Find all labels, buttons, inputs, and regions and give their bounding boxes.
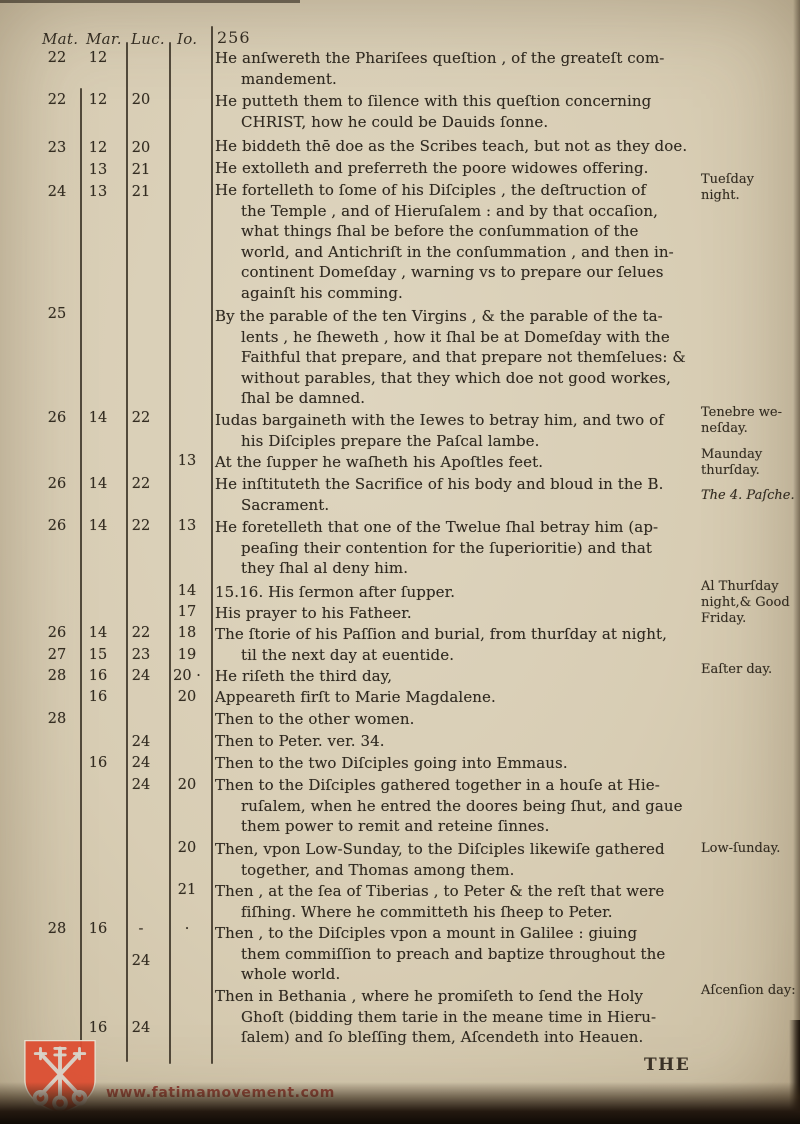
summary-line: Sacrament. [241,495,725,516]
gospel-ref-luc: 24 [132,953,150,969]
column-rule-1 [80,88,82,1060]
summary-line: Iudas bargaineth with the Iewes to betra… [215,410,699,431]
gospel-ref-luc: 22 [132,518,150,534]
margin-note-line: Eaſter day. [701,662,798,678]
gospel-ref-mat: 25 [48,306,66,322]
gospel-ref-mar: 12 [89,140,107,156]
gospel-ref-mar: 16 [89,689,107,705]
gospel-ref-mat: 28 [48,921,66,937]
summary-line: He putteth them to ſilence with this que… [215,91,699,112]
gospel-ref-mar: 14 [89,518,107,534]
margin-note-line: Al Thurſday [701,579,798,595]
summary-line: they ſhal al deny him. [241,558,725,579]
summary-line: He foretelleth that one of the Twelue ſh… [215,517,699,538]
margin-note: Tenebre we-neſday. [701,405,798,437]
scan-edge-top [0,0,300,3]
margin-note-line: Low-ſunday. [701,841,798,857]
summary-line: Then in Bethania , where he promiſeth to… [215,986,699,1007]
gospel-ref-io: 13 [178,453,196,469]
gospel-ref-luc: 22 [132,625,150,641]
gospel-ref-io: 20 [178,840,196,856]
gospel-ref-luc: 22 [132,410,150,426]
margin-note-line: night. [701,188,798,204]
summary-line: continent Domeſday , warning vs to prepa… [241,262,725,283]
gospel-ref-mar: 16 [89,668,107,684]
gospel-ref-luc: 22 [132,476,150,492]
column-header-john: Io. [177,30,197,48]
summary-line: He extolleth and preferreth the poore wi… [215,158,699,179]
gospel-ref-mat: 26 [48,476,66,492]
gospel-ref-mat: 26 [48,410,66,426]
gospel-ref-io: 14 [178,583,196,599]
gospel-ref-io: 18 [178,625,196,641]
gospel-ref-luc: 23 [132,647,150,663]
summary-line: til the next day at euentide. [241,645,725,666]
gospel-ref-io: 19 [178,647,196,663]
margin-note-line: Tueſday [701,172,798,188]
gospel-ref-luc: 24 [132,755,150,771]
summary-line: the Temple , and of Hieruſalem : and by … [241,201,725,222]
summary-line: Then to the two Diſciples going into Emm… [215,753,699,774]
summary-line: He biddeth thē doe as the Scribes teach,… [215,136,699,157]
gospel-ref-luc: 20 [132,140,150,156]
gospel-ref-io: 21 [178,882,196,898]
gospel-ref-mar: 16 [89,755,107,771]
gospel-ref-io: 20 [178,777,196,793]
summary-line: what things ſhal be before the conſummat… [241,221,725,242]
summary-line: Then , to the Diſciples vpon a mount in … [215,923,699,944]
summary-line: whole world. [241,964,725,985]
margin-note: Maundaythurſday. [701,447,798,479]
gospel-ref-io: 20 · [173,668,201,684]
gospel-ref-mat: 23 [48,140,66,156]
summary-line: Ghoſt (bidding them tarie in the meane t… [241,1007,725,1028]
gospel-ref-luc: 20 [132,92,150,108]
summary-line: againſt his comming. [241,283,725,304]
margin-note-line: The 4. Paſche. [701,488,798,504]
gospel-ref-luc: 24 [132,668,150,684]
catchword: THE [644,1055,690,1075]
gospel-ref-mar: 13 [89,162,107,178]
margin-note: Eaſter day. [701,662,798,678]
gospel-ref-luc: 21 [132,184,150,200]
gospel-ref-mat: 22 [48,92,66,108]
summary-line: His prayer to his Fatheer. [215,603,699,624]
summary-line: them commiſſion to preach and baptize th… [241,944,725,965]
summary-line: ſhal be damned. [241,388,725,409]
gospel-ref-mar: 12 [89,92,107,108]
margin-note-line: thurſday. [701,463,798,479]
margin-note: Tueſdaynight. [701,172,798,204]
summary-line: He riſeth the third day, [215,666,699,687]
summary-line: He anſwereth the Phariſees queſtion , of… [215,48,699,69]
gospel-ref-mat: 28 [48,711,66,727]
summary-line: together, and Thomas among them. [241,860,725,881]
gospel-ref-luc: 24 [132,734,150,750]
margin-note-line: Aſcenſion day: [701,983,798,999]
summary-line: fiſhing. Where he committeth his ſheep t… [241,902,725,923]
margin-note-line: neſday. [701,421,798,437]
summary-line: Then to Peter. ver. 34. [215,731,699,752]
summary-line: 15.16. His ſermon after ſupper. [215,582,699,603]
summary-line: The ſtorie of his Paſſion and burial, fr… [215,624,699,645]
margin-note: Low-ſunday. [701,841,798,857]
gospel-ref-mat: 27 [48,647,66,663]
margin-note-line: night,& Good [701,595,798,611]
summary-line: At the ſupper he waſheth his Apoſtles fe… [215,452,699,473]
summary-line: without parables, that they which doe no… [241,368,725,389]
gospel-ref-mar: 16 [89,921,107,937]
gospel-ref-mat: 26 [48,625,66,641]
gospel-ref-mar: 14 [89,410,107,426]
gospel-ref-luc: 21 [132,162,150,178]
summary-line: Appeareth firſt to Marie Magdalene. [215,687,699,708]
gospel-ref-luc: - [139,921,144,937]
gospel-ref-mar: 13 [89,184,107,200]
gospel-ref-io: 20 [178,689,196,705]
gospel-ref-mar: 12 [89,50,107,66]
gospel-ref-mar: 16 [89,1020,107,1036]
summary-line: Then to the other women. [215,709,699,730]
summary-line: Then, vpon Low-Sunday, to the Diſciples … [215,839,699,860]
column-header-matthew: Mat. [42,30,78,48]
column-rule-4 [211,26,213,1064]
gospel-ref-mat: 26 [48,518,66,534]
summary-line: By the parable of the ten Virgins , & th… [215,306,699,327]
page-number: 256 [217,28,251,47]
gospel-ref-mar: 15 [89,647,107,663]
gospel-ref-luc: 24 [132,777,150,793]
margin-note: Aſcenſion day: [701,983,798,999]
summary-line: his Diſciples prepare the Paſcal lambe. [241,431,725,452]
summary-line: them power to remit and reteine ſinnes. [241,816,725,837]
summary-line: Faithful that prepare, and that prepare … [241,347,725,368]
gospel-ref-io: 13 [178,518,196,534]
gospel-ref-luc: 24 [132,1020,150,1036]
summary-line: Then to the Diſciples gathered together … [215,775,699,796]
gospel-ref-io: 17 [178,604,196,620]
scanned-page: Mat. Mar. Luc. Io. 256 22122212202312201… [0,0,800,1124]
column-rule-3 [169,42,171,1064]
scan-edge-bottom [0,1082,800,1124]
column-header-luke: Luc. [131,30,165,48]
gospel-ref-mat: 22 [48,50,66,66]
summary-line: CHRIST, how he could be Dauids ſonne. [241,112,725,133]
gospel-ref-mat: 24 [48,184,66,200]
gospel-ref-mar: 14 [89,625,107,641]
margin-note-line: Tenebre we- [701,405,798,421]
margin-note-line: Friday. [701,611,798,627]
scan-edge-right [793,0,800,1124]
summary-line: He fortelleth to ſome of his Diſciples ,… [215,180,699,201]
summary-line: peaſing their contention for the ſuperio… [241,538,725,559]
summary-line: He inſtituteth the Sacrifice of his body… [215,474,699,495]
summary-line: ruſalem, when he entred the doores being… [241,796,725,817]
margin-note: Al Thurſdaynight,& GoodFriday. [701,579,798,627]
gospel-ref-mar: 14 [89,476,107,492]
summary-line: world, and Antichriſt in the conſummatio… [241,242,725,263]
summary-line: lents , he ſheweth , how it ſhal be at D… [241,327,725,348]
gospel-ref-mat: 28 [48,668,66,684]
summary-line: Then , at the ſea of Tiberias , to Peter… [215,881,699,902]
gospel-ref-io: · [185,921,190,937]
column-rule-2 [126,42,128,1062]
margin-note-line: Maunday [701,447,798,463]
margin-note: The 4. Paſche. [701,488,798,504]
column-header-mark: Mar. [86,30,122,48]
summary-line: mandement. [241,69,725,90]
